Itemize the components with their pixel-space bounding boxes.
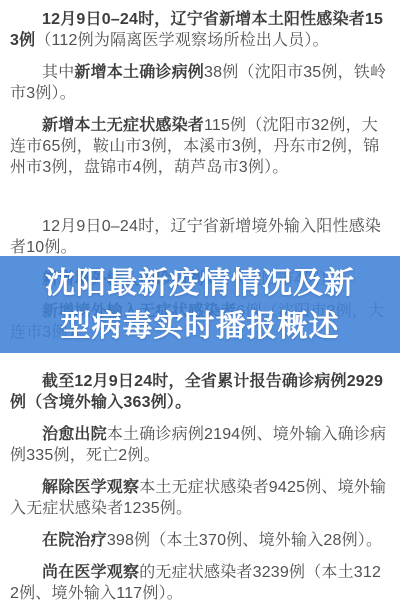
body-paragraph: 新增本土无症状感染者115例（沈阳市32例，大连市65例，鞍山市3例，本溪市3例…: [10, 115, 390, 178]
paragraph-bold-text: 截至12月9日24时，全省累计报告确诊病例2929例（含境外输入363例）。: [10, 373, 383, 411]
paragraph-bold-text: 新增本土确诊病例: [74, 64, 204, 81]
headline-banner-overlay[interactable]: 沈阳最新疫情情况及新 型病毒实时播报概述: [0, 256, 400, 353]
body-paragraph: 尚在医学观察的无症状感染者3239例（本土3122例、境外输入117例）。: [10, 562, 390, 604]
body-paragraph: 治愈出院本土确诊病例2194例、境外输入确诊病例335例，死亡2例。: [10, 424, 390, 466]
body-paragraph: 解除医学观察本土无症状感染者9425例、境外输入无症状感染者1235例。: [10, 477, 390, 519]
paragraph-bold-text: 在院治疗: [42, 532, 107, 549]
paragraph-bold-text: 解除医学观察: [42, 479, 139, 496]
headline-title-line1: 沈阳最新疫情情况及新: [45, 267, 355, 300]
paragraph-text: 其中: [42, 64, 74, 81]
paragraph-bold-text: 新增本土无症状感染者: [42, 117, 204, 134]
headline-title: 沈阳最新疫情情况及新 型病毒实时播报概述: [45, 262, 355, 348]
paragraph-bold-text: 治愈出院: [42, 426, 107, 443]
paragraph-text: （112例为隔离医学观察场所检出人员）。: [35, 32, 329, 49]
epidemic-report-page: 12月9日0–24时，辽宁省新增本土阳性感染者153例（112例为隔离医学观察场…: [0, 0, 400, 606]
paragraph-text: 12月9日0–24时，辽宁省新增境外输入阳性感染者10例。: [10, 218, 381, 256]
body-paragraph: 其中新增本土确诊病例38例（沈阳市35例，铁岭市3例）。: [10, 62, 390, 104]
headline-title-line2: 型病毒实时播报概述: [61, 310, 340, 343]
paragraph-text: 398例（本土370例、境外输入28例）。: [107, 532, 382, 549]
body-paragraph: 12月9日0–24时，辽宁省新增境外输入阳性感染者10例。: [10, 216, 390, 258]
paragraph-bold-text: 尚在医学观察: [42, 564, 139, 581]
body-paragraph: 截至12月9日24时，全省累计报告确诊病例2929例（含境外输入363例）。: [10, 371, 390, 413]
body-paragraph: 12月9日0–24时，辽宁省新增本土阳性感染者153例（112例为隔离医学观察场…: [10, 9, 390, 51]
body-paragraph: 在院治疗398例（本土370例、境外输入28例）。: [10, 530, 390, 551]
